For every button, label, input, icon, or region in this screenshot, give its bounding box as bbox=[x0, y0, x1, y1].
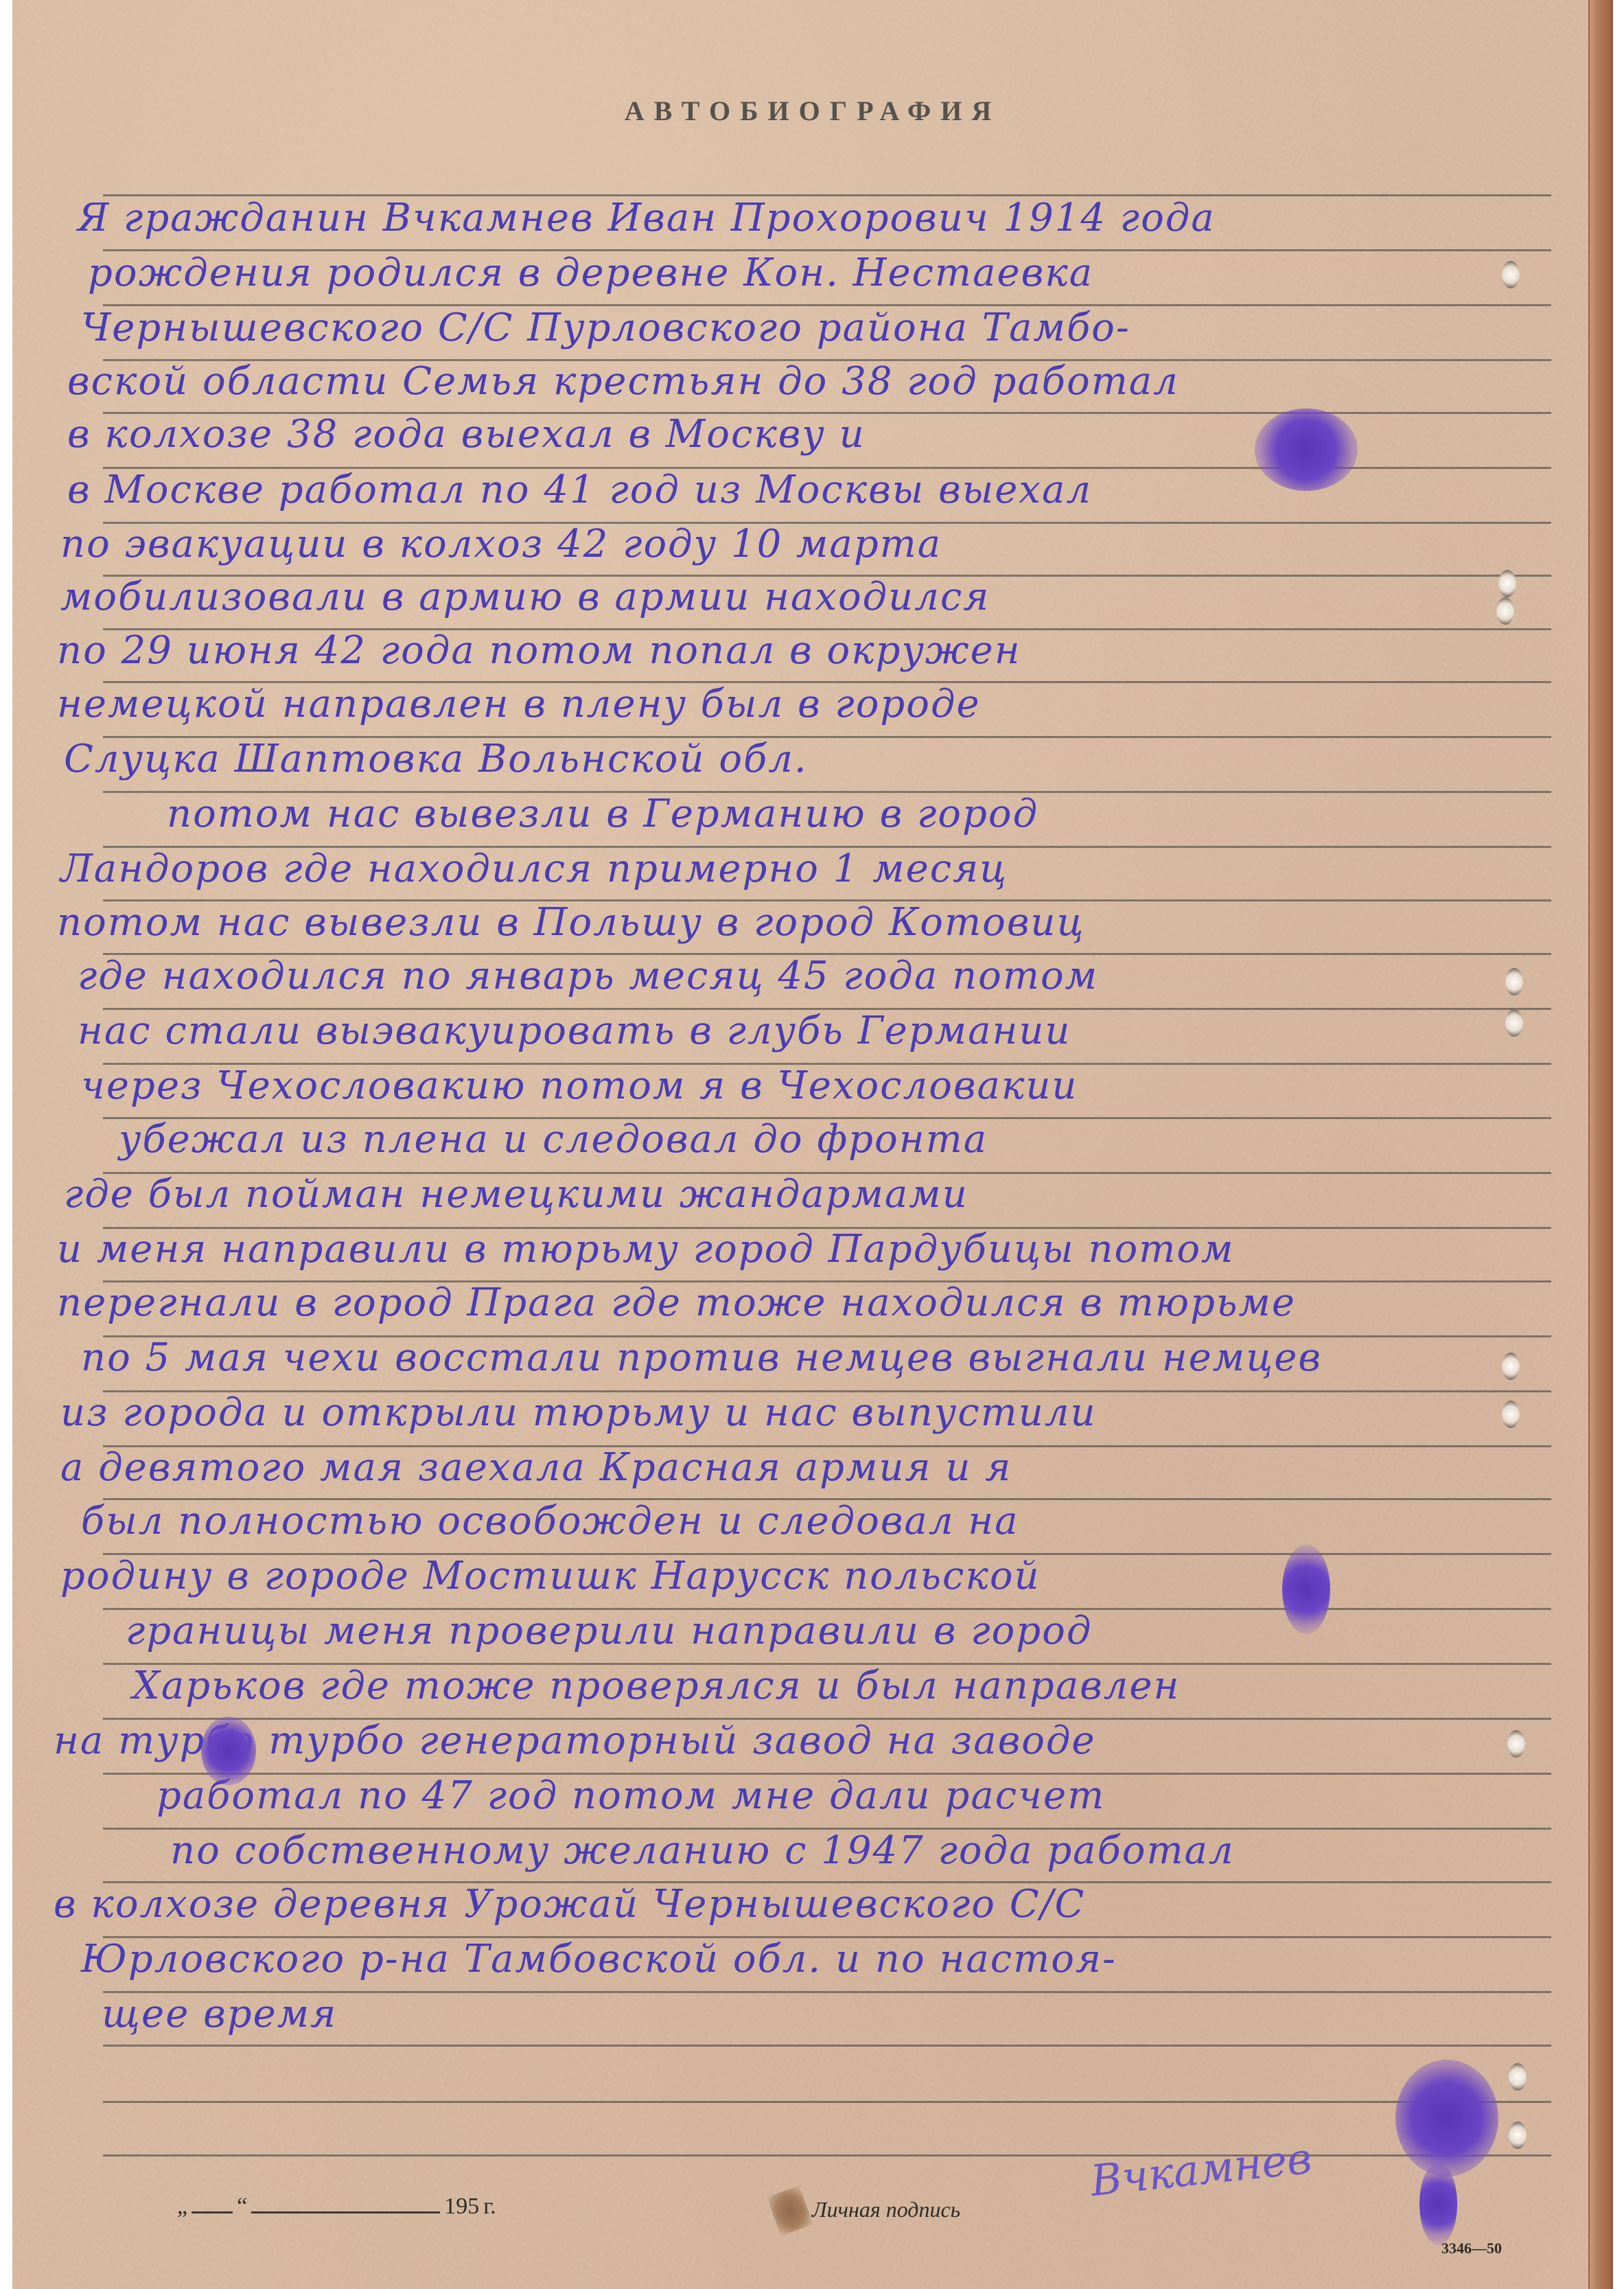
binding-hole bbox=[1507, 1730, 1525, 1758]
year-suffix: г. bbox=[483, 2194, 496, 2220]
ink-blot bbox=[1255, 409, 1358, 491]
handwritten-line: перегнали в город Прага где тоже находил… bbox=[57, 1284, 1296, 1322]
handwritten-line: по 5 мая чехи восстали против немцев выг… bbox=[81, 1339, 1322, 1377]
handwritten-body: Я гражданин Вчкамнев Иван Прохорович 191… bbox=[12, 0, 1613, 2289]
handwritten-line: Харьков где тоже проверялся и был направ… bbox=[132, 1667, 1180, 1705]
binding-hole bbox=[1505, 1009, 1523, 1037]
handwritten-line: Слуцка Шаптовка Вольнской обл. bbox=[64, 740, 808, 779]
handwritten-line: в Москве работал по 41 год из Москвы вые… bbox=[67, 471, 1092, 509]
form-code: 3346—50 bbox=[1441, 2240, 1502, 2257]
binding-hole bbox=[1505, 968, 1523, 996]
date-close-quote: “ bbox=[237, 2194, 247, 2220]
handwritten-line: щее время bbox=[102, 1995, 337, 2034]
handwritten-line: родину в городе Мостишк Нарусск польской bbox=[60, 1557, 1041, 1596]
handwritten-line: был полностью освобожден и следовал на bbox=[81, 1502, 1019, 1541]
handwritten-line: Я гражданин Вчкамнев Иван Прохорович 191… bbox=[78, 199, 1216, 238]
year-prefix: 195 bbox=[444, 2194, 479, 2220]
handwritten-line: потом нас вывезли в Германию в город bbox=[167, 795, 1039, 833]
handwritten-line: Юрловского р-на Тамбовской обл. и по нас… bbox=[81, 1940, 1117, 1979]
handwritten-line: работал по 47 год потом мне дали расчет bbox=[156, 1777, 1105, 1815]
handwritten-line: немецкой направлен в плену был в городе bbox=[57, 685, 981, 724]
binding-hole bbox=[1509, 2063, 1527, 2091]
date-field: „ “ 195 г. bbox=[177, 2194, 496, 2220]
handwritten-line: мобилизовали в армию в армии находился bbox=[60, 578, 990, 617]
binding-hole bbox=[1496, 597, 1514, 625]
binding-hole bbox=[1509, 2121, 1527, 2149]
handwritten-line: убежал из плена и следовал до фронта bbox=[119, 1120, 988, 1159]
month-blank bbox=[251, 2211, 440, 2213]
handwritten-line: по собственному желанию с 1947 года рабо… bbox=[170, 1832, 1235, 1870]
handwritten-line: в колхозе деревня Урожай Чернышевского С… bbox=[54, 1885, 1085, 1924]
handwritten-line: потом нас вывезли в Польшу в город Котов… bbox=[57, 904, 1085, 942]
handwritten-line: где был пойман немецкими жандармами bbox=[64, 1175, 968, 1214]
binding-hole bbox=[1502, 1353, 1520, 1380]
handwritten-line: из города и открыли тюрьму и нас выпусти… bbox=[60, 1394, 1097, 1432]
ink-blot bbox=[1395, 2060, 1498, 2176]
binding-hole bbox=[1502, 261, 1520, 288]
ink-blot bbox=[201, 1716, 256, 1785]
ink-blot bbox=[1419, 2163, 1457, 2245]
handwritten-line: в колхозе 38 года выехал в Москву и bbox=[67, 415, 866, 454]
document-page: АВТОБИОГРАФИЯ bbox=[12, 0, 1613, 2289]
day-blank bbox=[192, 2211, 233, 2213]
handwritten-line: по эвакуации в колхоз 42 году 10 марта bbox=[60, 525, 942, 564]
handwritten-line: по 29 июня 42 года потом попал в окружен bbox=[57, 632, 1021, 670]
handwritten-line: и меня направили в тюрьму город Пардубиц… bbox=[57, 1230, 1234, 1269]
handwritten-line: через Чехословакию потом я в Чехословаки… bbox=[81, 1067, 1078, 1105]
handwritten-line: где находился по январь месяц 45 года по… bbox=[78, 957, 1098, 996]
date-open-quote: „ bbox=[177, 2194, 187, 2220]
handwritten-line: Чернышевского С/С Пурловского района Там… bbox=[81, 309, 1130, 347]
handwritten-line: Ландоров где находился примерно 1 месяц bbox=[60, 850, 1008, 888]
signature-label: Личная подпись bbox=[812, 2197, 960, 2222]
binding-hole bbox=[1502, 1401, 1520, 1428]
handwritten-line: вской области Семья крестьян до 38 год р… bbox=[67, 363, 1179, 401]
handwritten-line: границы меня проверили направили в город bbox=[126, 1612, 1092, 1650]
handwritten-line: нас стали выэвакуировать в глубь Германи… bbox=[78, 1012, 1071, 1050]
handwritten-line: а девятого мая заехала Красная армия и я bbox=[60, 1449, 1012, 1487]
binding-hole bbox=[1498, 570, 1516, 597]
handwritten-line: рождения родился в деревне Кон. Нестаевк… bbox=[88, 254, 1093, 292]
ink-blot bbox=[1282, 1545, 1330, 1634]
